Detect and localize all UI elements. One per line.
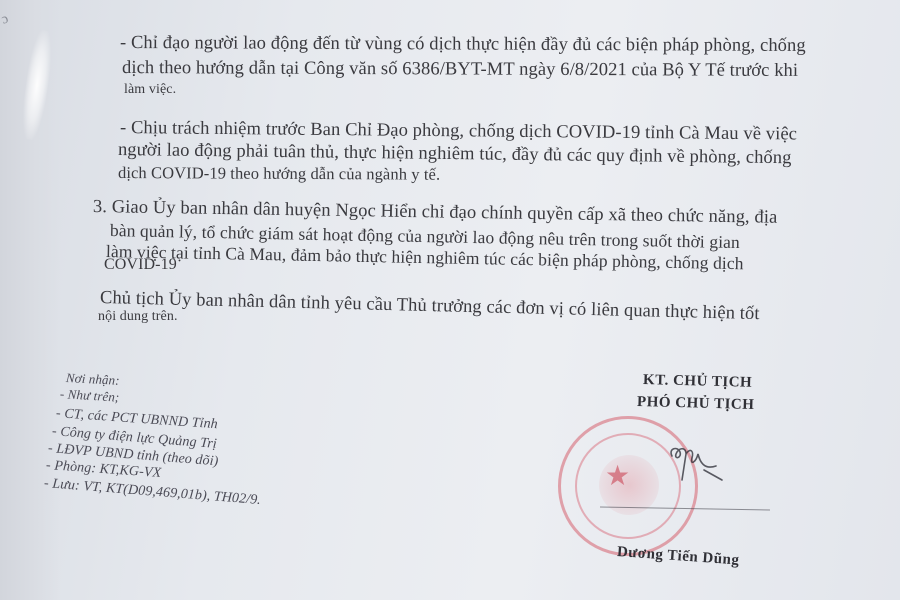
body-line: dịch theo hướng dẫn tại Công văn số 6386… xyxy=(122,58,798,82)
star-icon: ★ xyxy=(605,463,630,491)
recipient-item: - Như trên; xyxy=(60,386,120,406)
body-line: dịch COVID-19 theo hướng dẫn của ngành y… xyxy=(118,163,440,185)
body-line: - Chỉ đạo người lao động đến từ vùng có … xyxy=(120,33,806,57)
body-line: COVID-19 xyxy=(104,256,177,274)
signer-name: Dương Tiến Dũng xyxy=(616,544,740,570)
body-line: Chủ tịch Ủy ban nhân dân tỉnh yêu cầu Th… xyxy=(100,288,760,325)
body-line: làm việc. xyxy=(124,82,176,98)
signature-title-2: PHÓ CHỦ TỊCH xyxy=(637,394,755,414)
document-photo: ɔ - Chỉ đạo người lao động đến từ vùng c… xyxy=(0,0,900,600)
body-line: nội dung trên. xyxy=(98,309,178,325)
signature-title-1: KT. CHỦ TỊCH xyxy=(643,372,753,392)
handwritten-signature-icon xyxy=(660,440,730,490)
